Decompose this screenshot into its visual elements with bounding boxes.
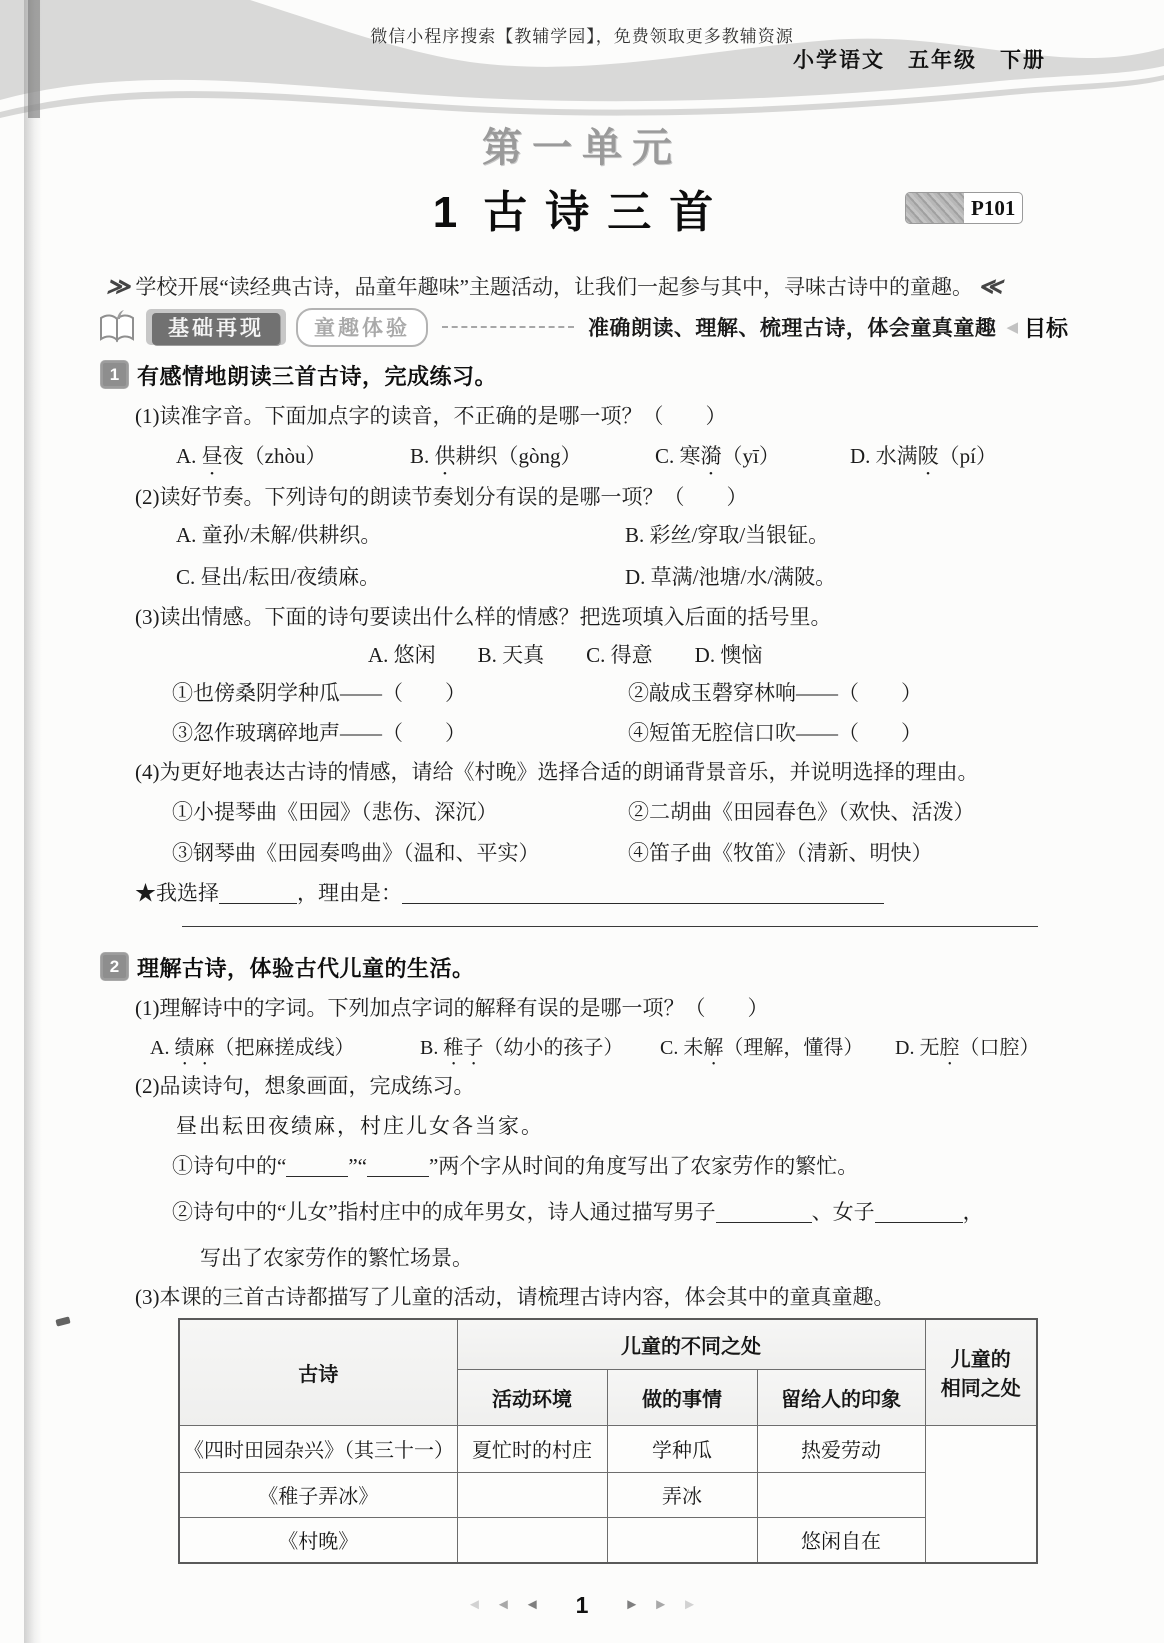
option-post: （yī） (722, 444, 780, 468)
dotted-char: 漪 (701, 444, 722, 468)
q1-p4-item-2: ②二胡曲《田园春色》（欢快、活泼） (628, 796, 975, 826)
goal-label: 目标 (1024, 312, 1068, 343)
next-arrow-icon: ► (624, 1597, 639, 1614)
option-tag: C. (655, 444, 674, 468)
dashed-divider (442, 326, 574, 328)
q1-part2-label: (2)读好节奏。下列诗句的朗读节奏划分有误的是哪一项？（ ） (135, 481, 747, 511)
item2-mid: 、女子 (812, 1200, 875, 1224)
option-pre: 未 (683, 1037, 703, 1059)
item1-mid: ”“ (348, 1154, 367, 1178)
q1-p1-option-c: C. 寒漪（yī） (655, 440, 780, 480)
cell-poem-3: 《村晚》 (179, 1517, 457, 1563)
cell-env-1: 夏忙时的村庄 (457, 1425, 607, 1472)
dotted-char: 陂 (918, 444, 939, 468)
next-arrow-icon: ► (653, 1597, 668, 1614)
q1-part3-label: (3)读出情感。下面的诗句要读出什么样的情感？把选项填入后面的括号里。 (135, 601, 831, 631)
q1-part4-label: (4)为更好地表达古诗的情感，请给《村晚》选择合适的朗诵背景音乐，并说明选择的理… (135, 756, 978, 786)
tab-fun-experience: 童趣体验 (296, 308, 428, 347)
col-header-env: 活动环境 (457, 1369, 607, 1425)
cell-env-2 (457, 1472, 607, 1517)
margin-mark (55, 1316, 70, 1326)
q1-p4-item-4: ④笛子曲《牧笛》（清新、明快） (628, 837, 933, 867)
theme-intro: ≫ 学校开展“读经典古诗，品童年趣味”主题活动，让我们一起参与其中，寻味古诗中的… (106, 271, 1066, 301)
option-post: （理解，懂得） (723, 1037, 863, 1059)
reason-blank (402, 883, 884, 904)
q1-part1-label: (1)读准字音。下面加点字的读音，不正确的是哪一项？（ ） (135, 400, 726, 430)
q1-p1-option-b: B. 供耕织（gòng） (410, 440, 582, 480)
col-header-same-line1: 儿童的 (930, 1343, 1033, 1372)
word-blank-2 (367, 1156, 429, 1177)
answer-prefix: ★我选择 (135, 881, 219, 905)
cell-poem-1: 《四时田园杂兴》（其三十一） (179, 1425, 457, 1472)
dotted-char: 供 (435, 444, 456, 468)
q1-p4-item-3: ③钢琴曲《田园奏鸣曲》（温和、平实） (172, 837, 540, 867)
item1-pre: ①诗句中的“ (172, 1154, 286, 1178)
q2-p1-option-c: C. 未解（理解，懂得） (660, 1031, 863, 1070)
tab-basics-wrap: 基础再现 (146, 309, 286, 345)
option-post: 夜（zhòu） (223, 444, 327, 468)
table-row: 《四时田园杂兴》（其三十一） 夏忙时的村庄 学种瓜 热爱劳动 (179, 1425, 1037, 1472)
option-pre: 水满 (876, 444, 918, 468)
item1-post: ”两个字从时间的角度写出了农家劳作的繁忙。 (429, 1154, 858, 1178)
question1-badge: 1 (100, 360, 129, 389)
option-tag: A. (176, 444, 196, 468)
q2-p2-item-2: ②诗句中的“儿女”指村庄中的成年男女，诗人通过描写男子、女子， (172, 1196, 984, 1226)
intro-text: 学校开展“读经典古诗，品童年趣味”主题活动，让我们一起参与其中，寻味古诗中的童趣… (135, 275, 973, 299)
item2-post: ， (963, 1200, 984, 1224)
answer-mid: ，理由是： (297, 881, 402, 905)
q1-p1-option-a: A. 昼夜（zhòu） (176, 440, 327, 480)
choice-blank (219, 883, 297, 904)
page-left-edge-shade (24, 0, 42, 1643)
tab-basics: 基础再现 (152, 313, 280, 345)
question2-badge: 2 (100, 952, 129, 981)
cell-same-merged (925, 1425, 1037, 1563)
option-tag: B. (420, 1037, 438, 1059)
answer-page-number: P101 (964, 193, 1022, 223)
open-book-icon (98, 310, 136, 344)
q1-p3-item-4: ④短笛无腔信口吹——（ ） (628, 717, 922, 747)
option-post: 耕织（gòng） (456, 444, 582, 468)
women-blank (875, 1202, 963, 1223)
dotted-char: 昼 (202, 444, 223, 468)
q1-p3-item-2: ②敲成玉磬穿林响——（ ） (628, 677, 922, 707)
q2-p1-option-d: D. 无腔（口腔） (895, 1031, 1039, 1070)
q2-part2-label: (2)品读诗句，想象画面，完成练习。 (135, 1070, 475, 1100)
option-tag: D. (850, 444, 870, 468)
answer-badge-texture (906, 193, 964, 223)
q1-p2-option-c: C. 昼出/耘田/夜绩麻。 (176, 561, 380, 591)
next-arrow-icon: ► (682, 1597, 697, 1614)
word-blank-1 (286, 1156, 348, 1177)
prev-arrow-icon: ◄ (496, 1597, 511, 1614)
q1-p3-item-3: ③忽作玻璃碎地声——（ ） (172, 717, 466, 747)
question1-title: 有感情地朗读三首古诗，完成练习。 (137, 360, 497, 391)
goal-arrow-icon: ◀ (1006, 318, 1018, 337)
q2-p1-option-a: A. 绩麻（把麻搓成线） (150, 1031, 354, 1070)
prev-arrow-icon: ◄ (525, 1597, 540, 1614)
option-post: （幼小的孩子） (483, 1037, 623, 1059)
poem-quote: 昼出耘田夜绩麻，村庄儿女各当家。 (176, 1110, 544, 1140)
option-pre: 寒 (680, 444, 701, 468)
cell-impression-1: 热爱劳动 (757, 1425, 925, 1472)
q1-p2-option-b: B. 彩丝/穿取/当银钲。 (625, 519, 829, 549)
page-footer: ◄ ◄ ◄ 1 ► ► ► (0, 1592, 1164, 1619)
cell-impression-2 (757, 1472, 925, 1517)
cell-do-3 (607, 1517, 757, 1563)
answer-continuation-line (182, 926, 1038, 927)
option-tag: C. (660, 1037, 678, 1059)
cell-impression-3: 悠闲自在 (757, 1517, 925, 1563)
col-header-poem: 古诗 (179, 1319, 457, 1425)
table-row: 《稚子弄冰》 弄冰 (179, 1472, 1037, 1517)
q1-p4-item-1: ①小提琴曲《田园》（悲伤、深沉） (172, 796, 498, 826)
dotted-char: 解 (703, 1037, 723, 1059)
cell-do-1: 学种瓜 (607, 1425, 757, 1472)
lesson-number: 1 (433, 188, 457, 237)
cell-do-2: 弄冰 (607, 1472, 757, 1517)
unit-title: 第一单元 (0, 116, 1164, 173)
item2-pre: ②诗句中的“儿女”指村庄中的成年男女，诗人通过描写男子 (172, 1200, 716, 1224)
q1-p2-option-a: A. 童孙/未解/供耕织。 (176, 519, 381, 549)
q2-part3-label: (3)本课的三首古诗都描写了儿童的活动，请梳理古诗内容，体会其中的童真童趣。 (135, 1281, 894, 1311)
question2-title: 理解古诗，体验古代儿童的生活。 (137, 952, 475, 983)
col-header-impression: 留给人的印象 (757, 1369, 925, 1425)
dotted-chars: 稚子 (443, 1037, 483, 1059)
col-header-same: 儿童的 相同之处 (925, 1319, 1037, 1425)
option-post: （把麻搓成线） (214, 1037, 354, 1059)
q1-p3-choices: A. 悠闲 B. 天真 C. 得意 D. 懊恼 (368, 639, 762, 669)
q1-p4-answer-line: ★我选择，理由是： (135, 877, 884, 907)
section-bar: 基础再现 童趣体验 准确朗读、理解、梳理古诗，体会童真童趣 ◀ 目标 (98, 306, 1068, 348)
cell-env-3 (457, 1517, 607, 1563)
book-title: 小学语文 五年级 下册 (793, 44, 1046, 74)
lesson-name: 古诗三首 (483, 188, 731, 237)
men-blank (716, 1202, 812, 1223)
goal-text: 准确朗读、理解、梳理古诗，体会童真童趣 (588, 312, 997, 342)
option-tag: A. (150, 1037, 169, 1059)
q2-p1-option-b: B. 稚子（幼小的孩子） (420, 1031, 623, 1070)
option-pre: 无 (919, 1037, 939, 1059)
dotted-char: 腔 (939, 1037, 959, 1059)
table-row: 《村晚》 悠闲自在 (179, 1517, 1037, 1563)
option-tag: D. (895, 1037, 914, 1059)
option-post: （口腔） (959, 1037, 1039, 1059)
workbook-page: 微信小程序搜索【教辅学园】，免费领取更多教辅资源 小学语文 五年级 下册 第一单… (0, 0, 1164, 1643)
intro-right-chevrons: ≪ (978, 274, 1002, 299)
poem-comparison-table: 古诗 儿童的不同之处 儿童的 相同之处 活动环境 做的事情 留给人的印象 《四时… (178, 1318, 1038, 1564)
q2-part1-label: (1)理解诗中的字词。下列加点字词的解释有误的是哪一项？（ ） (135, 992, 768, 1022)
page-number: 1 (576, 1592, 589, 1619)
option-tag: B. (410, 444, 429, 468)
prev-arrow-icon: ◄ (467, 1597, 482, 1614)
option-post: （pí） (939, 444, 997, 468)
q1-p2-option-d: D. 草满/池塘/水/满陂。 (625, 561, 836, 591)
intro-left-chevrons: ≫ (106, 274, 130, 299)
col-header-group: 儿童的不同之处 (457, 1319, 925, 1369)
q2-p2-item-1: ①诗句中的“”“”两个字从时间的角度写出了农家劳作的繁忙。 (172, 1150, 858, 1180)
q2-p2-item-2-cont: 写出了农家劳作的繁忙场景。 (200, 1242, 473, 1272)
col-header-same-line2: 相同之处 (930, 1372, 1033, 1401)
col-header-do: 做的事情 (607, 1369, 757, 1425)
cell-poem-2: 《稚子弄冰》 (179, 1472, 457, 1517)
answer-page-badge: P101 (905, 192, 1023, 224)
q1-p3-item-1: ①也傍桑阴学种瓜——（ ） (172, 677, 466, 707)
q1-p1-option-d: D. 水满陂（pí） (850, 440, 997, 480)
dotted-chars: 绩麻 (174, 1037, 214, 1059)
